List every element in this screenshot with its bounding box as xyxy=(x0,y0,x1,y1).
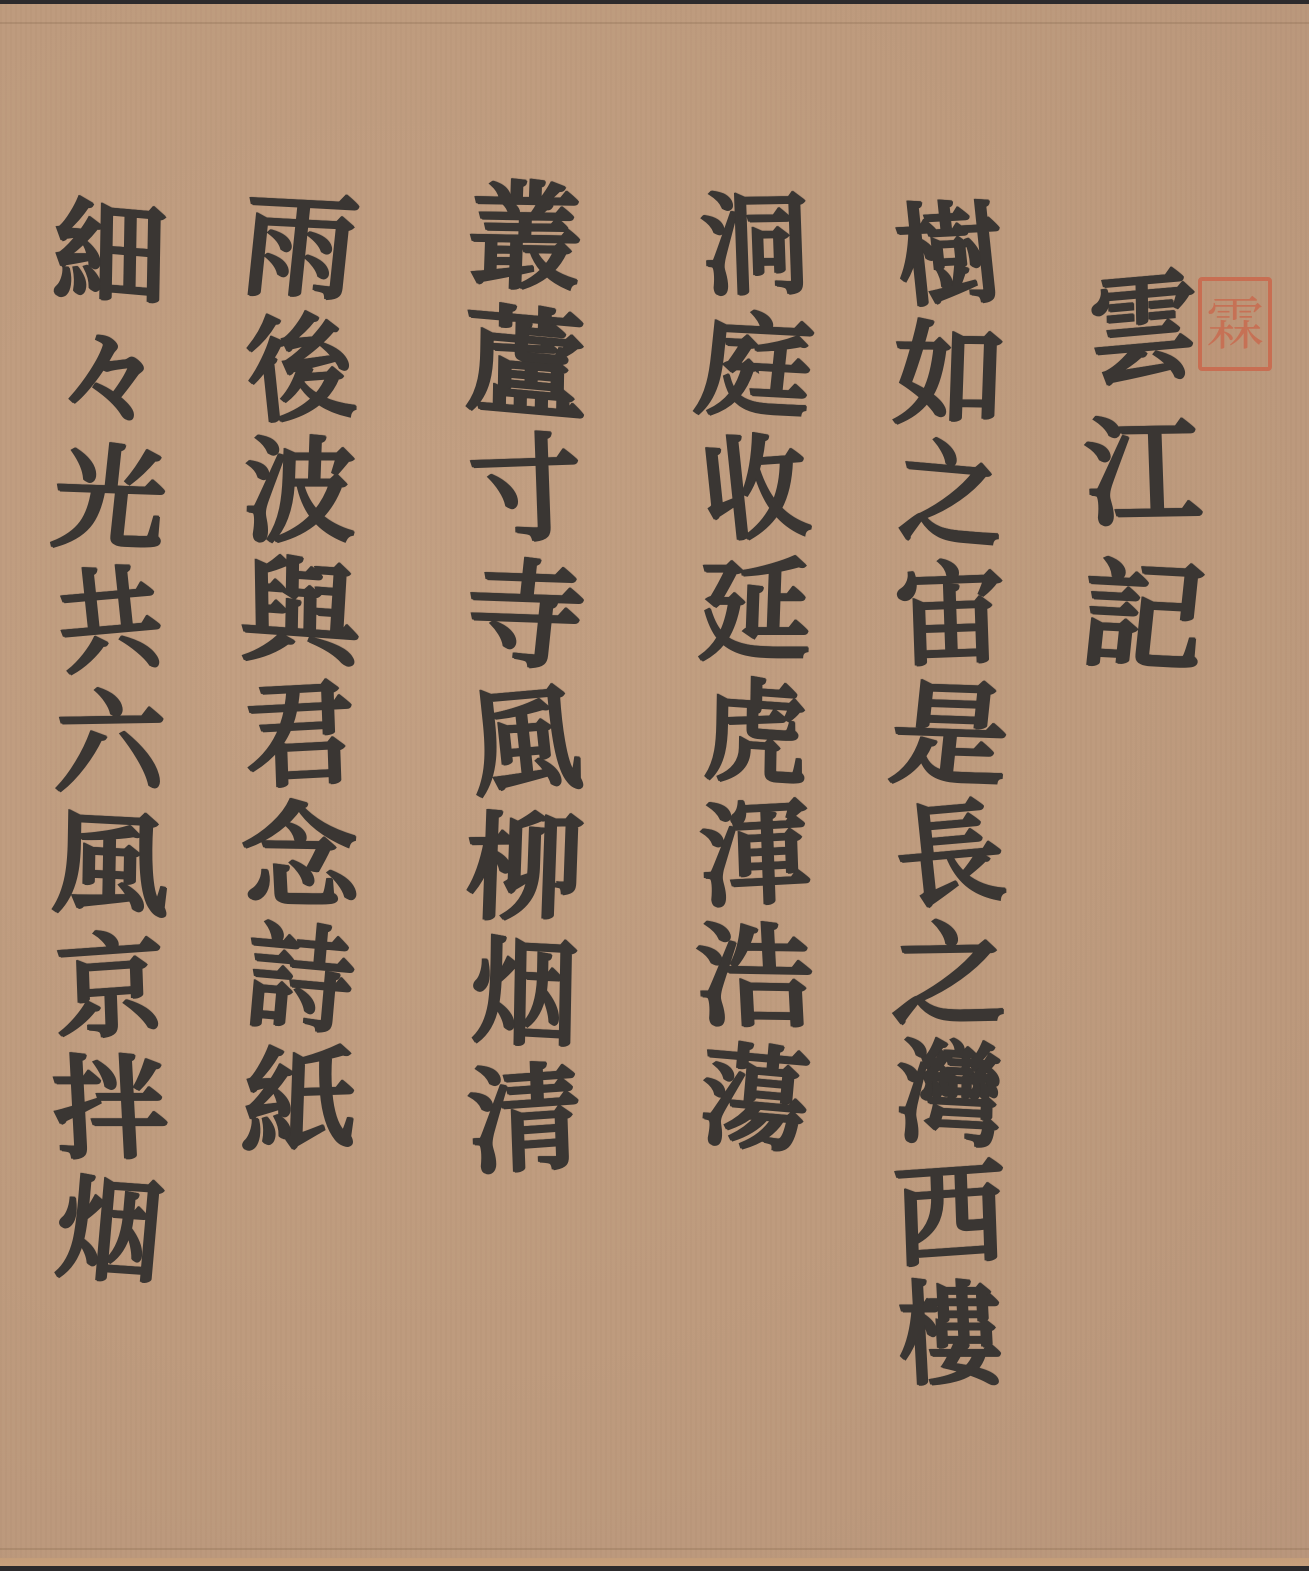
calligraphy-character: 雲 xyxy=(1088,265,1198,393)
calligraphy-character: 長 xyxy=(891,796,1010,917)
calligraphy-column-3: 洞庭收延虎渾浩蕩 xyxy=(699,190,811,1166)
calligraphy-column-5: 雨後波與君念詩紙 xyxy=(243,190,357,1166)
calligraphy-character: 之 xyxy=(891,919,1009,1033)
calligraphy-character: 收 xyxy=(697,431,814,550)
calligraphy-character: 烟 xyxy=(53,1173,168,1292)
calligraphy-character: 風 xyxy=(51,807,169,925)
calligraphy-character: 灣 xyxy=(896,1037,1003,1155)
calligraphy-character: 叢 xyxy=(466,179,584,297)
calligraphy-character: 後 xyxy=(242,309,359,430)
calligraphy-character: 與 xyxy=(240,552,360,674)
calligraphy-character: 延 xyxy=(697,556,813,668)
calligraphy-character: 君 xyxy=(243,675,356,795)
calligraphy-character: 如 xyxy=(892,319,1008,433)
calligraphy-character: 洞 xyxy=(699,189,810,303)
red-seal-stamp: 霖 xyxy=(1198,277,1272,371)
calligraphy-character: 紙 xyxy=(241,1042,359,1160)
calligraphy-character: 柳 xyxy=(465,809,585,927)
calligraphy-character: 共 xyxy=(53,562,167,682)
calligraphy-character: 細 xyxy=(52,195,168,317)
paper-sheet: 雲江記樹如之宙是長之灣西樓洞庭收延虎渾浩蕩叢蘆寸寺風柳烟清雨後波與君念詩紙細々光… xyxy=(0,4,1309,1566)
calligraphy-character: 風 xyxy=(465,680,586,805)
calligraphy-character: 江 xyxy=(1083,413,1203,533)
calligraphy-character: 寸 xyxy=(467,430,582,550)
calligraphy-character: 渾 xyxy=(698,797,812,915)
calligraphy-character: 寺 xyxy=(460,556,590,676)
calligraphy-character: 々 xyxy=(55,320,164,436)
seal-character: 霖 xyxy=(1206,295,1264,353)
calligraphy-character: 詩 xyxy=(242,918,359,1041)
calligraphy-column-6: 細々光共六風京拌烟 xyxy=(54,200,166,1298)
calligraphy-character: 樹 xyxy=(892,197,1009,314)
calligraphy-character: 浩 xyxy=(694,921,816,1035)
calligraphy-scroll: 雲江記樹如之宙是長之灣西樓洞庭收延虎渾浩蕩叢蘆寸寺風柳烟清雨後波與君念詩紙細々光… xyxy=(0,0,1309,1571)
calligraphy-character: 烟 xyxy=(471,933,580,1055)
calligraphy-column-4: 叢蘆寸寺風柳烟清 xyxy=(467,180,583,1188)
calligraphy-column-1: 雲江記 xyxy=(1084,270,1202,702)
calligraphy-character: 光 xyxy=(48,442,172,558)
calligraphy-character: 之 xyxy=(898,435,1003,556)
calligraphy-character: 京 xyxy=(54,928,165,1048)
calligraphy-character: 拌 xyxy=(50,1054,170,1166)
calligraphy-character: 念 xyxy=(239,799,361,915)
calligraphy-character: 樓 xyxy=(896,1280,1005,1392)
calligraphy-character: 西 xyxy=(892,1156,1008,1276)
calligraphy-character: 宙 xyxy=(893,558,1007,674)
calligraphy-character: 清 xyxy=(466,1058,583,1182)
calligraphy-character: 蕩 xyxy=(697,1040,814,1161)
calligraphy-column-2: 樹如之宙是長之灣西樓 xyxy=(894,200,1006,1400)
calligraphy-character: 雨 xyxy=(237,187,363,306)
calligraphy-character: 虎 xyxy=(703,674,808,793)
calligraphy-character: 記 xyxy=(1076,555,1211,679)
calligraphy-character: 庭 xyxy=(692,309,818,427)
paper-bottom-edge-line xyxy=(0,1548,1309,1550)
calligraphy-character: 波 xyxy=(242,434,358,548)
paper-bottom-edge xyxy=(0,1558,1309,1566)
calligraphy-character: 六 xyxy=(53,687,167,801)
calligraphy-character: 是 xyxy=(886,678,1014,794)
paper-top-edge-line xyxy=(0,22,1309,24)
calligraphy-character: 蘆 xyxy=(464,301,586,428)
